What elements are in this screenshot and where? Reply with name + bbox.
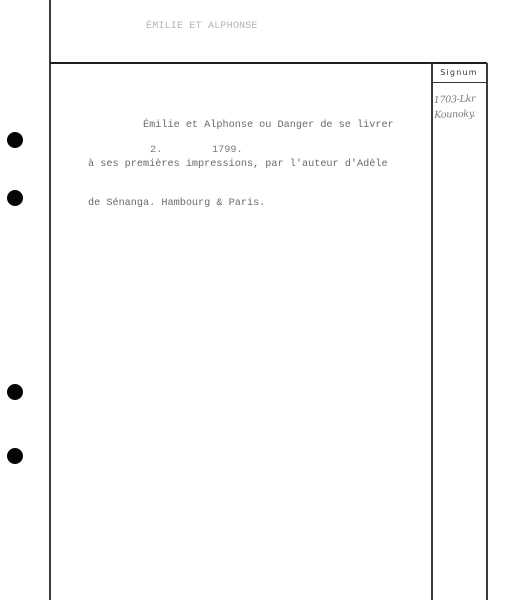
signum-label: Signum (432, 63, 486, 83)
publication-year: 1799. (212, 145, 243, 156)
header-rule (50, 62, 487, 64)
signum-line-2: Kounoky. (434, 106, 488, 123)
signum-value: 1703-Lkr Kounoky. (433, 91, 488, 123)
catalog-description: Émilie et Alphonse ou Danger de se livre… (88, 93, 428, 223)
signum-right-rule (486, 63, 488, 600)
signum-left-rule (431, 63, 433, 600)
left-margin-rule (49, 0, 51, 600)
description-line-2: à ses premières impressions, par l'auteu… (88, 158, 428, 171)
punch-hole (7, 448, 23, 464)
description-line-1: Émilie et Alphonse ou Danger de se livre… (88, 119, 428, 132)
punch-hole (7, 384, 23, 400)
card-header-title: ÉMILIE ET ALPHONSE (146, 21, 258, 32)
description-line-3: de Sénanga. Hambourg & Paris. (88, 197, 428, 210)
volume-count: 2. (150, 145, 162, 156)
punch-hole (7, 190, 23, 206)
punch-hole (7, 132, 23, 148)
